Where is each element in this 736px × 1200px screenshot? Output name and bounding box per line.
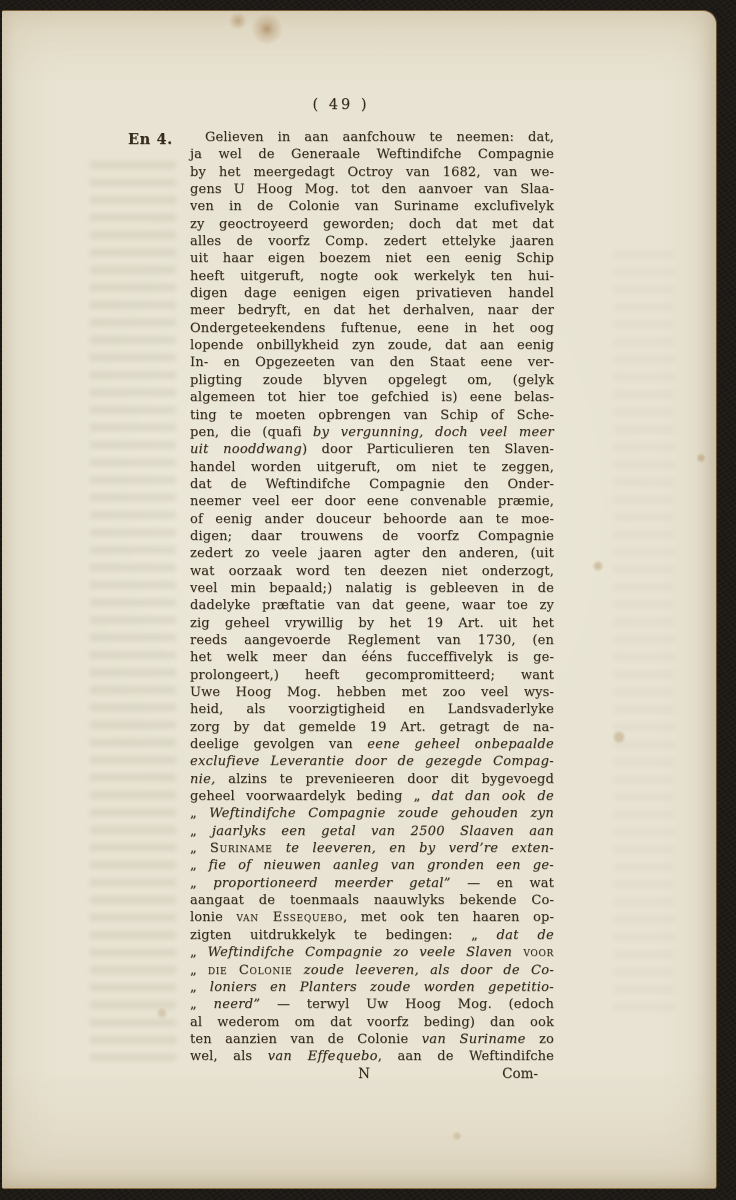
text-segment: pligting zoude blyven opgelegt om, (gely… [190,373,554,388]
text-line: ting te moeten opbrengen van Schip of Sc… [190,407,554,424]
text-line: aangaat de toenmaals naauwlyks bekende C… [190,892,554,909]
text-segment: Ondergeteekendens fuftenue, eene in het … [190,321,554,336]
text-segment: reeds aangevoerde Reglement van 1730, (e… [190,633,554,648]
text-line: geheel voorwaardelyk beding „ dat dan oo… [190,788,554,805]
text-line: Ondergeteekendens fuftenue, eene in het … [190,320,554,337]
text-segment: alzins te prevenieeren door dit bygevoeg… [216,772,554,787]
text-line: ven in de Colonie van Suriname exclufive… [190,198,554,215]
text-segment: aangaat de toenmaals naauwlyks bekende C… [190,893,554,908]
text-segment: zo [526,1032,554,1047]
text-segment: het welk meer dan ééns fucceffivelyk is … [190,650,554,665]
text-line: alles de voorfz Comp. zedert ettelyke ja… [190,233,554,250]
text-line: „ proportioneerd meerder getal” — en wat [190,875,554,892]
text-line: wat oorzaak word ten deezen niet onderzo… [190,563,554,580]
text-segment: algemeen tot hier toe gefchied is) eene … [190,390,554,405]
text-segment: wat oorzaak word ten deezen niet onderzo… [190,564,554,579]
text-line: heeft uitgeruft, nogte ook werkelyk ten … [190,268,554,285]
text-segment: of eenig ander douceur behoorde aan te m… [190,512,554,527]
text-line: meer bedryft, en dat het derhalven, naar… [190,302,554,319]
text-line: digen; daar trouwens de voorfz Compagnie [190,528,554,545]
text-line: Uwe Hoog Mog. hebben met zoo veel wys- [190,684,554,701]
text-segment: „ [190,963,208,978]
text-segment: zigten uitdrukkelyk te bedingen: „ [190,928,497,943]
text-line: uit nooddwang) door Particulieren ten Sl… [190,441,554,458]
page-number: ( 49 ) [190,97,554,113]
text-line: „ Suriname te leeveren, en by verd’re ex… [190,840,554,857]
text-segment: by het meergedagt Octroy van 1682, van w… [190,165,554,180]
text-segment: al wederom om dat voorfz beding) dan ook [190,1015,554,1030]
signature-mark: N [306,1066,422,1083]
text-line: „ neerd” — terwyl Uw Hoog Mog. (edoch [190,996,554,1013]
text-segment: „ [190,945,208,960]
text-segment: exclufieve Leverantie door de gezegde Co… [190,754,554,769]
text-segment: zoude leeveren, als door de Co- [292,963,554,978]
signature-row-spacer [190,1066,306,1083]
text-segment: zig geheel vrywillig by het 19 Art. uit … [190,616,554,631]
text-line: exclufieve Leverantie door de gezegde Co… [190,753,554,770]
text-line: heid, als voorzigtigheid en Landsvaderly… [190,701,554,718]
text-segment: zedert zo veele jaaren agter den anderen… [190,546,554,561]
text-segment: neemer veel eer door eene convenable præ… [190,494,554,509]
text-line: „ fie of nieuwen aanleg van gronden een … [190,857,554,874]
text-line: „ Weftindifche Compagnie zoude gehouden … [190,805,554,822]
text-line: dat de Weftindifche Compagnie den Onder- [190,476,554,493]
text-line: zig geheel vrywillig by het 19 Art. uit … [190,615,554,632]
text-line: neemer veel eer door eene convenable præ… [190,493,554,510]
text-segment: ven in de Colonie van Suriname exclufive… [190,199,554,214]
text-line: „ loniers en Planters zoude worden gepet… [190,979,554,996]
text-segment: van Effequebo [268,1049,378,1064]
text-segment: In- en Opgezeeten van den Staat eene ver… [190,355,554,370]
text-segment: „ [190,824,212,839]
text-segment: Uwe Hoog Mog. hebben met zoo veel wys- [190,685,554,700]
text-segment: gens U Hoog Mog. tot den aanvoer van Sla… [190,182,554,197]
text-segment: nie, [190,772,216,787]
scanned-document: ( 49 ) En 4. Gelieven in aan aanfchouw t… [0,0,736,1200]
text-segment: dat de Weftindifche Compagnie den Onder- [190,477,554,492]
text-line: zy geoctroyeerd geworden; doch dat met d… [190,216,554,233]
text-line: „ Weftindifche Compagnie zo veele Slaven… [190,944,554,961]
text-segment: by vergunning, doch veel meer [313,425,554,440]
text-segment: lonie [190,910,236,925]
signature-row: N Com- [190,1066,554,1083]
text-segment: die Colonie [208,963,293,978]
text-segment: van Essequebo [236,910,343,925]
text-segment: pen, die (quafi [190,425,313,440]
text-line: dadelyke præftatie van dat geene, waar t… [190,597,554,614]
text-segment: , aan de Weftindifche [378,1049,554,1064]
text-segment: ten aanzien van de Colonie [190,1032,422,1047]
text-line: In- en Opgezeeten van den Staat eene ver… [190,354,554,371]
text-segment: zy geoctroyeerd geworden; doch dat met d… [190,217,554,232]
text-segment: dat de [497,928,554,943]
text-segment: lopende onbillykheid zyn zoude, dat aan … [190,338,554,353]
text-line: nie, alzins te prevenieeren door dit byg… [190,771,554,788]
text-segment: Weftindifche Compagnie zo veele Slaven [208,945,513,960]
text-segment: — terwyl Uw Hoog Mog. (edoch [260,997,554,1012]
text-segment: „ [190,997,214,1012]
text-line: lopende onbillykheid zyn zoude, dat aan … [190,337,554,354]
text-segment: „ [190,980,210,995]
text-segment: loniers en Planters zoude worden gepetit… [210,980,554,995]
text-line: lonie van Essequebo, met ook ten haaren … [190,909,554,926]
text-line: algemeen tot hier toe gefchied is) eene … [190,389,554,406]
text-line: het welk meer dan ééns fucceffivelyk is … [190,649,554,666]
text-segment: digen; daar trouwens de voorfz Compagnie [190,529,554,544]
text-segment: ja wel de Generaale Weftindifche Compagn… [190,147,554,162]
text-line: handel worden uitgeruft, om niet te zegg… [190,459,554,476]
text-line: deelige gevolgen van eene geheel onbepaa… [190,736,554,753]
text-segment: prolongeert,) heeft gecompromitteerd; wa… [190,668,554,683]
text-line: zigten uitdrukkelyk te bedingen: „ dat d… [190,927,554,944]
text-line: „ die Colonie zoude leeveren, als door d… [190,962,554,979]
text-segment: Gelieven in aan aanfchouw te neemen: dat… [205,130,554,145]
text-line: ja wel de Generaale Weftindifche Compagn… [190,146,554,163]
text-line: of eenig ander douceur behoorde aan te m… [190,511,554,528]
text-segment: meer bedryft, en dat het derhalven, naar… [190,303,554,318]
text-line: pen, die (quafi by vergunning, doch veel… [190,424,554,441]
text-segment: — en wat [451,876,554,891]
text-segment: veel min bepaald;) nalatig is gebleeven … [190,581,554,596]
text-segment: uit haar eigen boezem niet een eenig Sch… [190,251,554,266]
text-line: uit haar eigen boezem niet een eenig Sch… [190,250,554,267]
text-line: gens U Hoog Mog. tot den aanvoer van Sla… [190,181,554,198]
text-segment: digen dage eenigen eigen privatieven han… [190,286,554,301]
text-segment: „ [190,806,209,821]
text-segment: dadelyke præftatie van dat geene, waar t… [190,598,554,613]
text-line: Gelieven in aan aanfchouw te neemen: dat… [190,129,554,146]
text-segment: heeft uitgeruft, nogte ook werkelyk ten … [190,269,554,284]
text-line: prolongeert,) heeft gecompromitteerd; wa… [190,667,554,684]
text-segment: zorg by dat gemelde 19 Art. getragt de n… [190,720,554,735]
text-segment: voor [512,945,554,960]
page-content: ( 49 ) En 4. Gelieven in aan aanfchouw t… [0,0,736,1200]
text-segment: fie of nieuwen aanleg van gronden een ge… [209,858,554,873]
text-line: by het meergedagt Octroy van 1682, van w… [190,164,554,181]
text-segment: eene geheel onbepaalde [367,737,554,752]
text-segment: te leeveren, en by verd’re exten- [273,841,554,856]
text-segment: „ [190,876,213,891]
text-segment: geheel voorwaardelyk beding „ [190,789,432,804]
body-text: Gelieven in aan aanfchouw te neemen: dat… [190,129,554,1066]
text-line: pligting zoude blyven opgelegt om, (gely… [190,372,554,389]
text-segment: heid, als voorzigtigheid en Landsvaderly… [190,702,554,717]
text-segment: ting te moeten opbrengen van Schip of Sc… [190,408,554,423]
text-segment: „ [190,841,210,856]
text-line: al wederom om dat voorfz beding) dan ook [190,1014,554,1031]
text-line: veel min bepaald;) nalatig is gebleeven … [190,580,554,597]
text-segment: Weftindifche Compagnie zoude gehouden zy… [209,806,554,821]
text-line: reeds aangevoerde Reglement van 1730, (e… [190,632,554,649]
text-segment: deelige gevolgen van [190,737,367,752]
text-line: wel, als van Effequebo, aan de Weftindif… [190,1048,554,1065]
text-segment: „ [190,858,209,873]
text-segment: wel, als [190,1049,268,1064]
text-line: digen dage eenigen eigen privatieven han… [190,285,554,302]
text-segment: Suriname [210,841,273,856]
text-line: zedert zo veele jaaren agter den anderen… [190,545,554,562]
text-segment: ) door Particulieren ten Slaven- [302,442,554,457]
text-segment: proportioneerd meerder getal” [213,876,450,891]
margin-note: En 4. [128,131,184,148]
text-segment: alles de voorfz Comp. zedert ettelyke ja… [190,234,554,249]
text-segment: neerd” [214,997,261,1012]
text-segment: uit nooddwang [190,442,302,457]
text-line: „ jaarlyks een getal van 2500 Slaaven aa… [190,823,554,840]
text-line: zorg by dat gemelde 19 Art. getragt de n… [190,719,554,736]
catchword: Com- [422,1066,554,1083]
text-segment: van Suriname [422,1032,526,1047]
text-segment: handel worden uitgeruft, om niet te zegg… [190,460,554,475]
text-line: ten aanzien van de Colonie van Suriname … [190,1031,554,1048]
text-segment: jaarlyks een getal van 2500 Slaaven aan [212,824,554,839]
text-segment: , met ook ten haaren op- [343,910,554,925]
text-segment: dat dan ook de [432,789,554,804]
